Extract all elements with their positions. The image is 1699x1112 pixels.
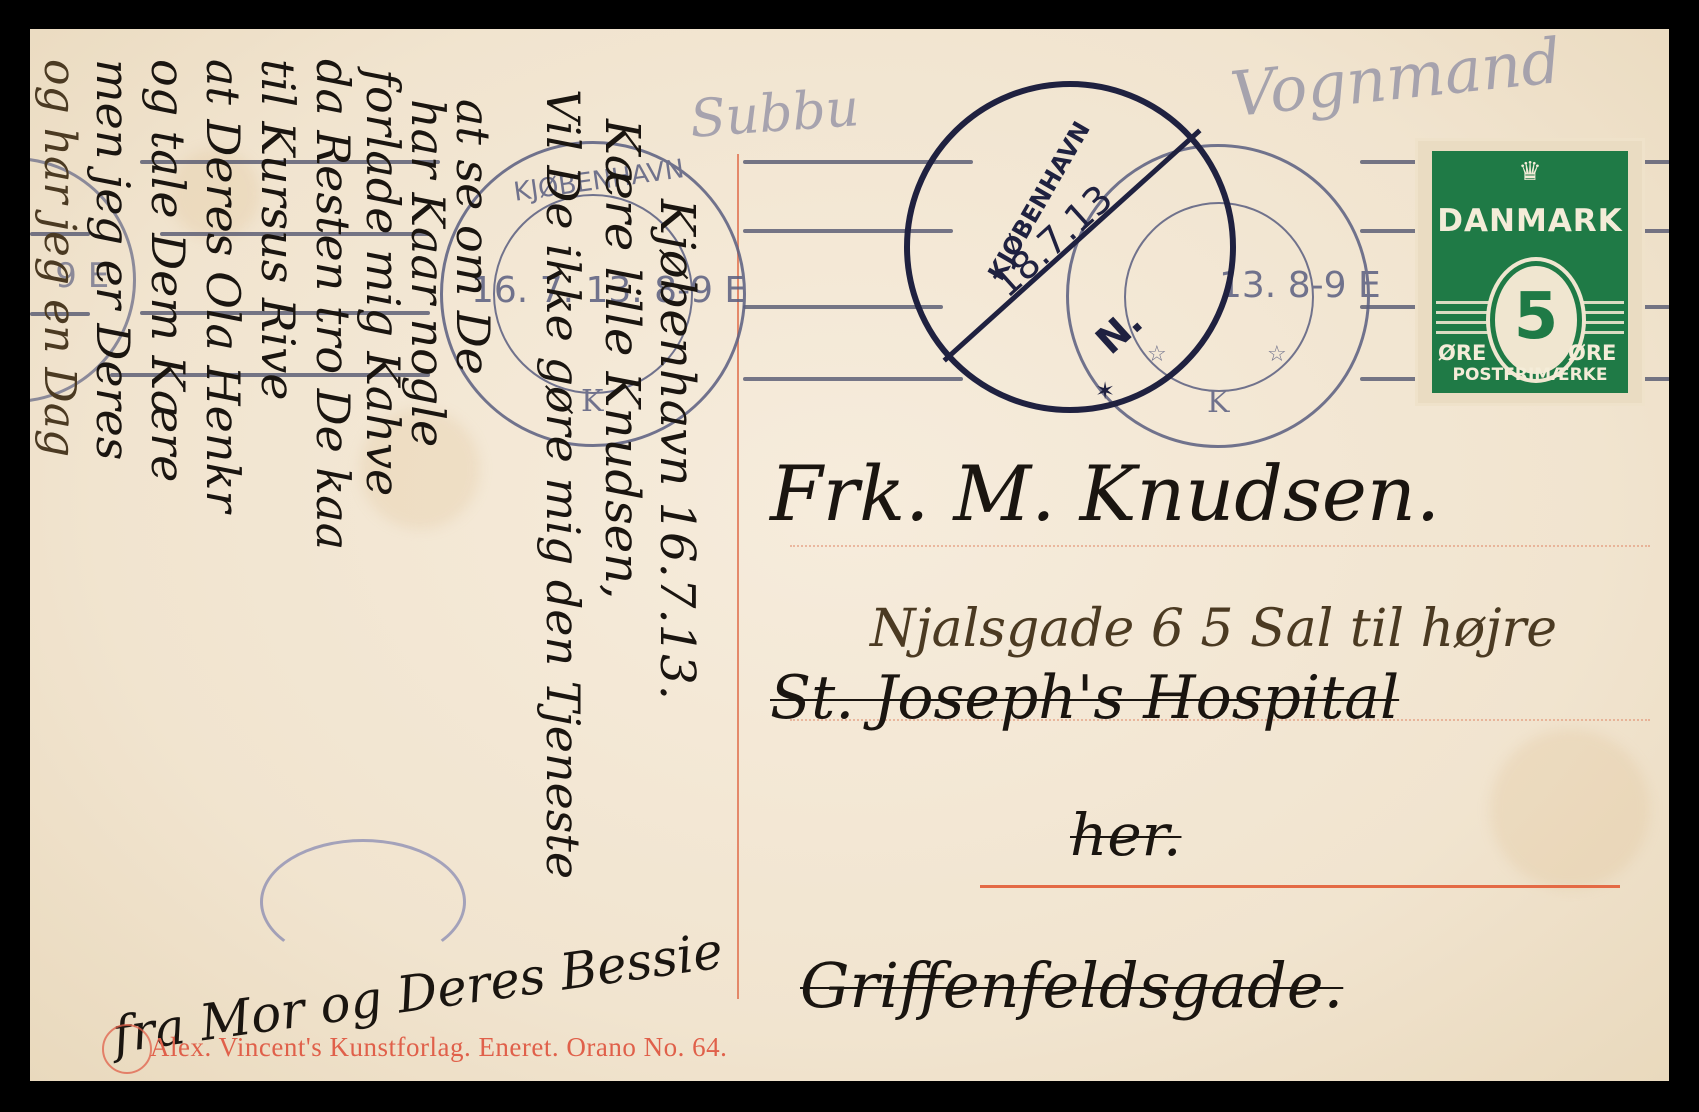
- postmark-faint-blue: [260, 839, 466, 965]
- age-stain: [1490, 729, 1650, 889]
- postmark-office: K: [1207, 385, 1229, 420]
- publisher-imprint: Alex. Vincent's Kunstforlag. Eneret. Ora…: [150, 1032, 727, 1063]
- cancel-bar: [1640, 229, 1669, 233]
- stamp-danmark-5-ore: ♛ DANMARK 5 ØRE ØRE POSTFRIMÆRKE: [1418, 141, 1642, 403]
- pencil-note: Subbu: [688, 78, 861, 150]
- stamp-currency: ØRE: [1568, 341, 1616, 365]
- crown-icon: ♛: [1515, 157, 1545, 187]
- cancel-bar: [743, 377, 963, 381]
- postcard: KJØBENHAVN 16. 7. 13. 8-9 E K 13. 8-9 E …: [30, 29, 1669, 1081]
- address-rule-solid: [980, 885, 1620, 888]
- star-icon: ✶: [1095, 377, 1115, 405]
- cancel-bar: [1640, 160, 1669, 164]
- message-line: til Kursus Rive: [251, 59, 305, 401]
- pencil-note: Vognmand: [1227, 29, 1564, 131]
- stamp-caption: POSTFRIMÆRKE: [1432, 365, 1628, 385]
- message-line: forlade mig Kahve: [356, 69, 410, 496]
- cancel-bar: [1360, 377, 1420, 381]
- postmark-date: 13. 8-9 E: [1219, 265, 1381, 306]
- stamp-currency: ØRE: [1438, 341, 1486, 365]
- stamp-value: 5: [1495, 280, 1577, 354]
- waves-icon: [1436, 301, 1492, 341]
- stamp-country: DANMARK: [1432, 203, 1628, 239]
- address-struck-line: St. Joseph's Hospital: [770, 663, 1399, 733]
- cancel-bar: [1360, 160, 1420, 164]
- message-line: da Resten tro De kaa: [306, 59, 360, 550]
- cancel-bar: [1360, 229, 1420, 233]
- address-recipient: Frk. M. Knudsen.: [770, 449, 1440, 538]
- message-line: at Deres Ola Henkr: [196, 59, 250, 512]
- message-line: men jeg er Deres: [86, 59, 140, 460]
- star-icon: ☆: [1267, 342, 1287, 367]
- message-place-date: Kjøbenhavn 16.7.13.: [649, 199, 705, 700]
- address-street: Njalsgade 6 5 Sal til højre: [870, 599, 1557, 659]
- cancel-bar: [1640, 377, 1669, 381]
- message-line: Vil De ikke gøre mig den Tjeneste: [536, 89, 590, 879]
- message-salutation: Kære lille Knudsen,: [594, 119, 650, 599]
- cancel-bar: [743, 305, 943, 309]
- address-struck-line: her.: [1070, 801, 1181, 869]
- message-line: og har jeg en Dag: [34, 59, 85, 457]
- message-line: og tale Dem Kære: [141, 59, 195, 482]
- address-struck-line: Griffenfeldsgade.: [800, 949, 1343, 1022]
- publisher-logo-icon: [102, 1024, 152, 1074]
- postmark-koebenhavn-n-crossed: 18.7.13 N. KJØBENHAVN ✶: [904, 81, 1236, 413]
- cancel-bar: [1640, 305, 1669, 309]
- postmark-office: N.: [1087, 299, 1151, 363]
- address-rule: [790, 545, 1650, 547]
